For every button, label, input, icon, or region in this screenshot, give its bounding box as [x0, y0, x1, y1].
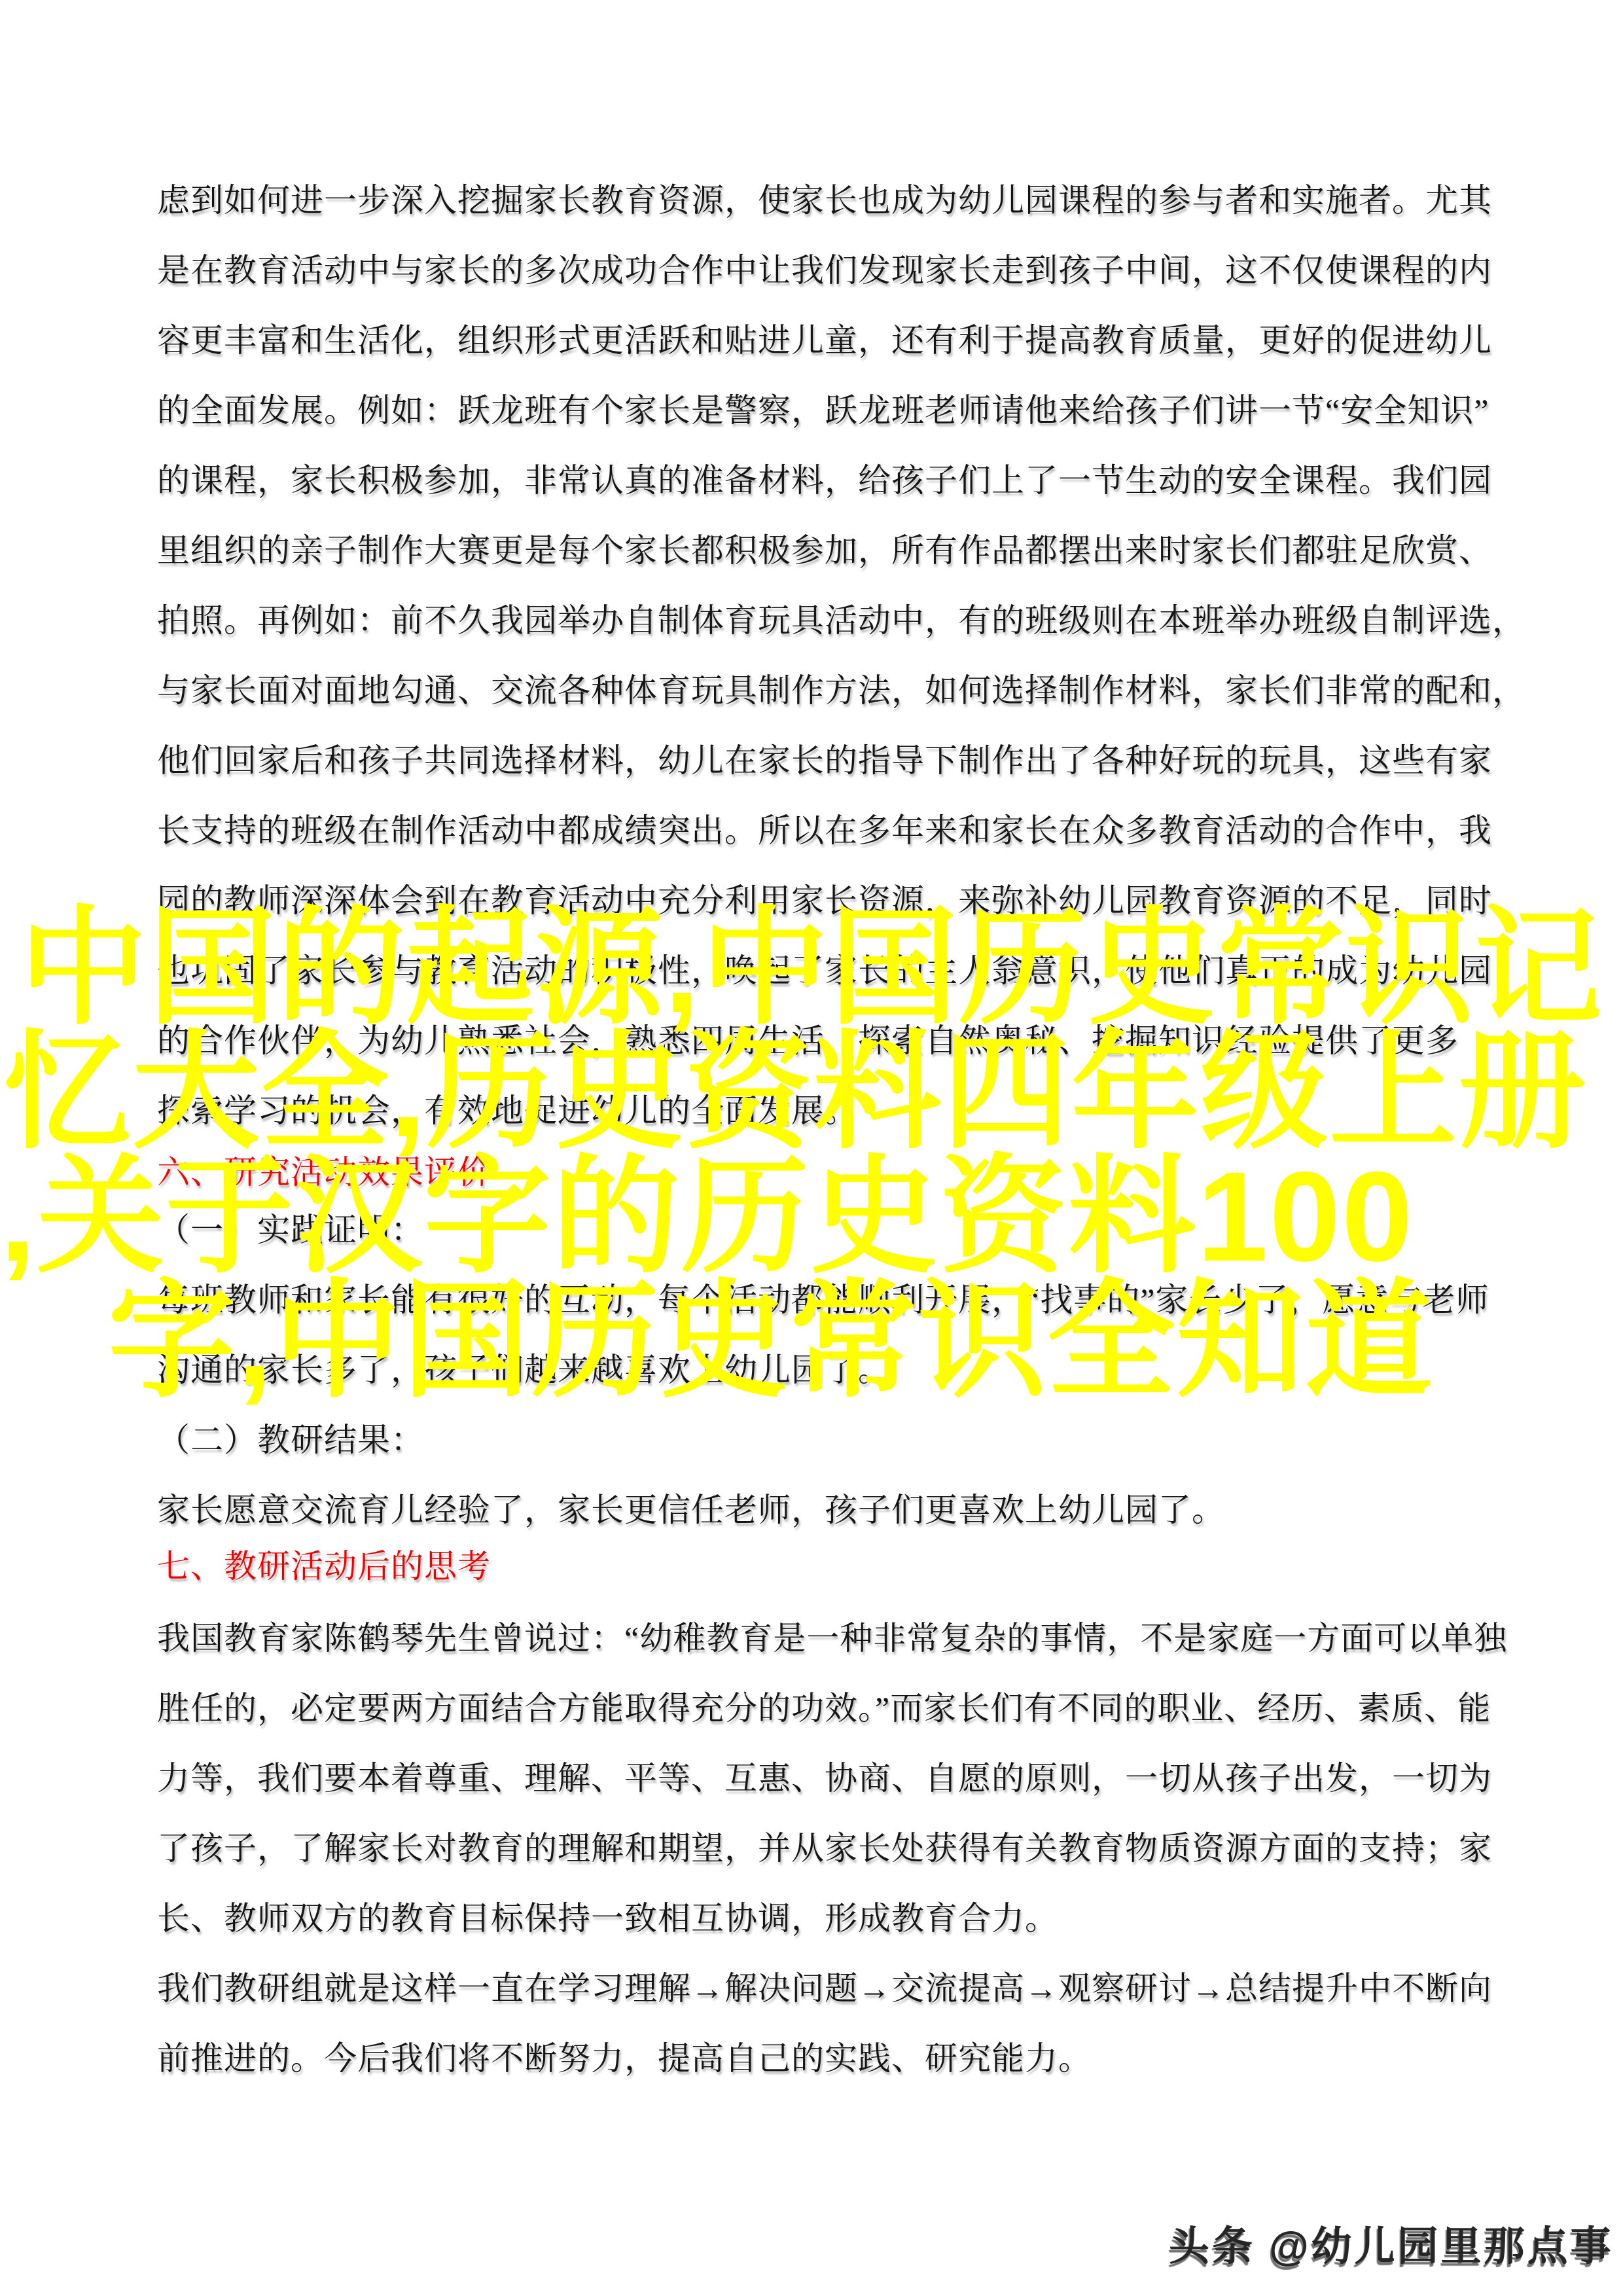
text-line: 长支持的班级在制作活动中都成绩突出。所以在多年来和家长在众多教育活动的合作中，我	[157, 812, 1492, 850]
text-line: 他们回家后和孩子共同选择材料，幼儿在家长的指导下制作出了各种好玩的玩具，这些有家	[157, 742, 1492, 780]
text-line: 胜任的，必定要两方面结合方能取得充分的功效。”而家长们有不同的职业、经历、素质、…	[157, 1690, 1491, 1728]
text-line: 虑到如何进一步深入挖掘家长教育资源，使家长也成为幼儿园课程的参与者和实施者。尤其	[157, 182, 1492, 220]
text-line: 前推进的。今后我们将不断努力，提高自己的实践、研究能力。	[157, 2040, 1092, 2078]
text-line: 的全面发展。例如：跃龙班有个家长是警察，跃龙班老师请他来给孩子们讲一节“安全知识…	[157, 392, 1489, 430]
text-line: （二）教研结果：	[157, 1422, 424, 1460]
overlay-title-line: ,关于汉字的历史资料100	[0, 1153, 1414, 1281]
text-line: 是在教育活动中与家长的多次成功合作中让我们发现家长走到孩子中间，这不仅使课程的内	[157, 252, 1492, 290]
section-heading: 七、教研活动后的思考	[157, 1548, 491, 1586]
text-line: 容更丰富和生活化，组织形式更活跃和贴进儿童，还有利于提高教育质量，更好的促进幼儿	[157, 322, 1492, 360]
overlay-title-line: 字,中国历史常识全知道	[108, 1278, 1434, 1405]
text-line: 的课程，家长积极参加，非常认真的准备材料，给孩子们上了一节生动的安全课程。我们园	[157, 462, 1492, 500]
text-line: 我国教育家陈鹤琴先生曾说过：“幼稚教育是一种非常复杂的事情，不是家庭一方面可以单…	[157, 1620, 1507, 1658]
overlay-title-line: 中国的起源,中国历史常识记	[20, 905, 1603, 1032]
text-line: 我们教研组就是这样一直在学习理解→解决问题→交流提高→观察研讨→总结提升中不断向	[157, 1970, 1492, 2008]
text-line: 与家长面对面地勾通、交流各种体育玩具制作方法，如何选择制作材料，家长们非常的配和…	[157, 672, 1525, 710]
text-line: 家长愿意交流育儿经验了，家长更信任老师，孩子们更喜欢上幼儿园了。	[157, 1492, 1225, 1530]
text-line: 拍照。再例如：前不久我园举办自制体育玩具活动中，有的班级则在本班举办班级自制评选…	[157, 602, 1525, 640]
text-line: 长、教师双方的教育目标保持一致相互协调，形成教育合力。	[157, 1900, 1058, 1938]
text-line: 里组织的亲子制作大赛更是每个家长都积极参加，所有作品都摆出来时家长们都驻足欣赏、	[157, 532, 1492, 570]
overlay-title-line: 忆大全,历史资料四年级上册	[3, 1029, 1587, 1157]
document-page: 虑到如何进一步深入挖掘家长教育资源，使家长也成为幼儿园课程的参与者和实施者。尤其…	[0, 0, 1623, 2296]
watermark-credit: 头条 @幼儿园里那点事	[1169, 2214, 1614, 2272]
text-line: 力等，我们要本着尊重、理解、平等、互惠、协商、自愿的原则，一切从孩子出发，一切为	[157, 1760, 1492, 1798]
text-line: 了孩子，了解家长对教育的理解和期望，并从家长处获得有关教育物质资源方面的支持；家	[157, 1830, 1492, 1868]
